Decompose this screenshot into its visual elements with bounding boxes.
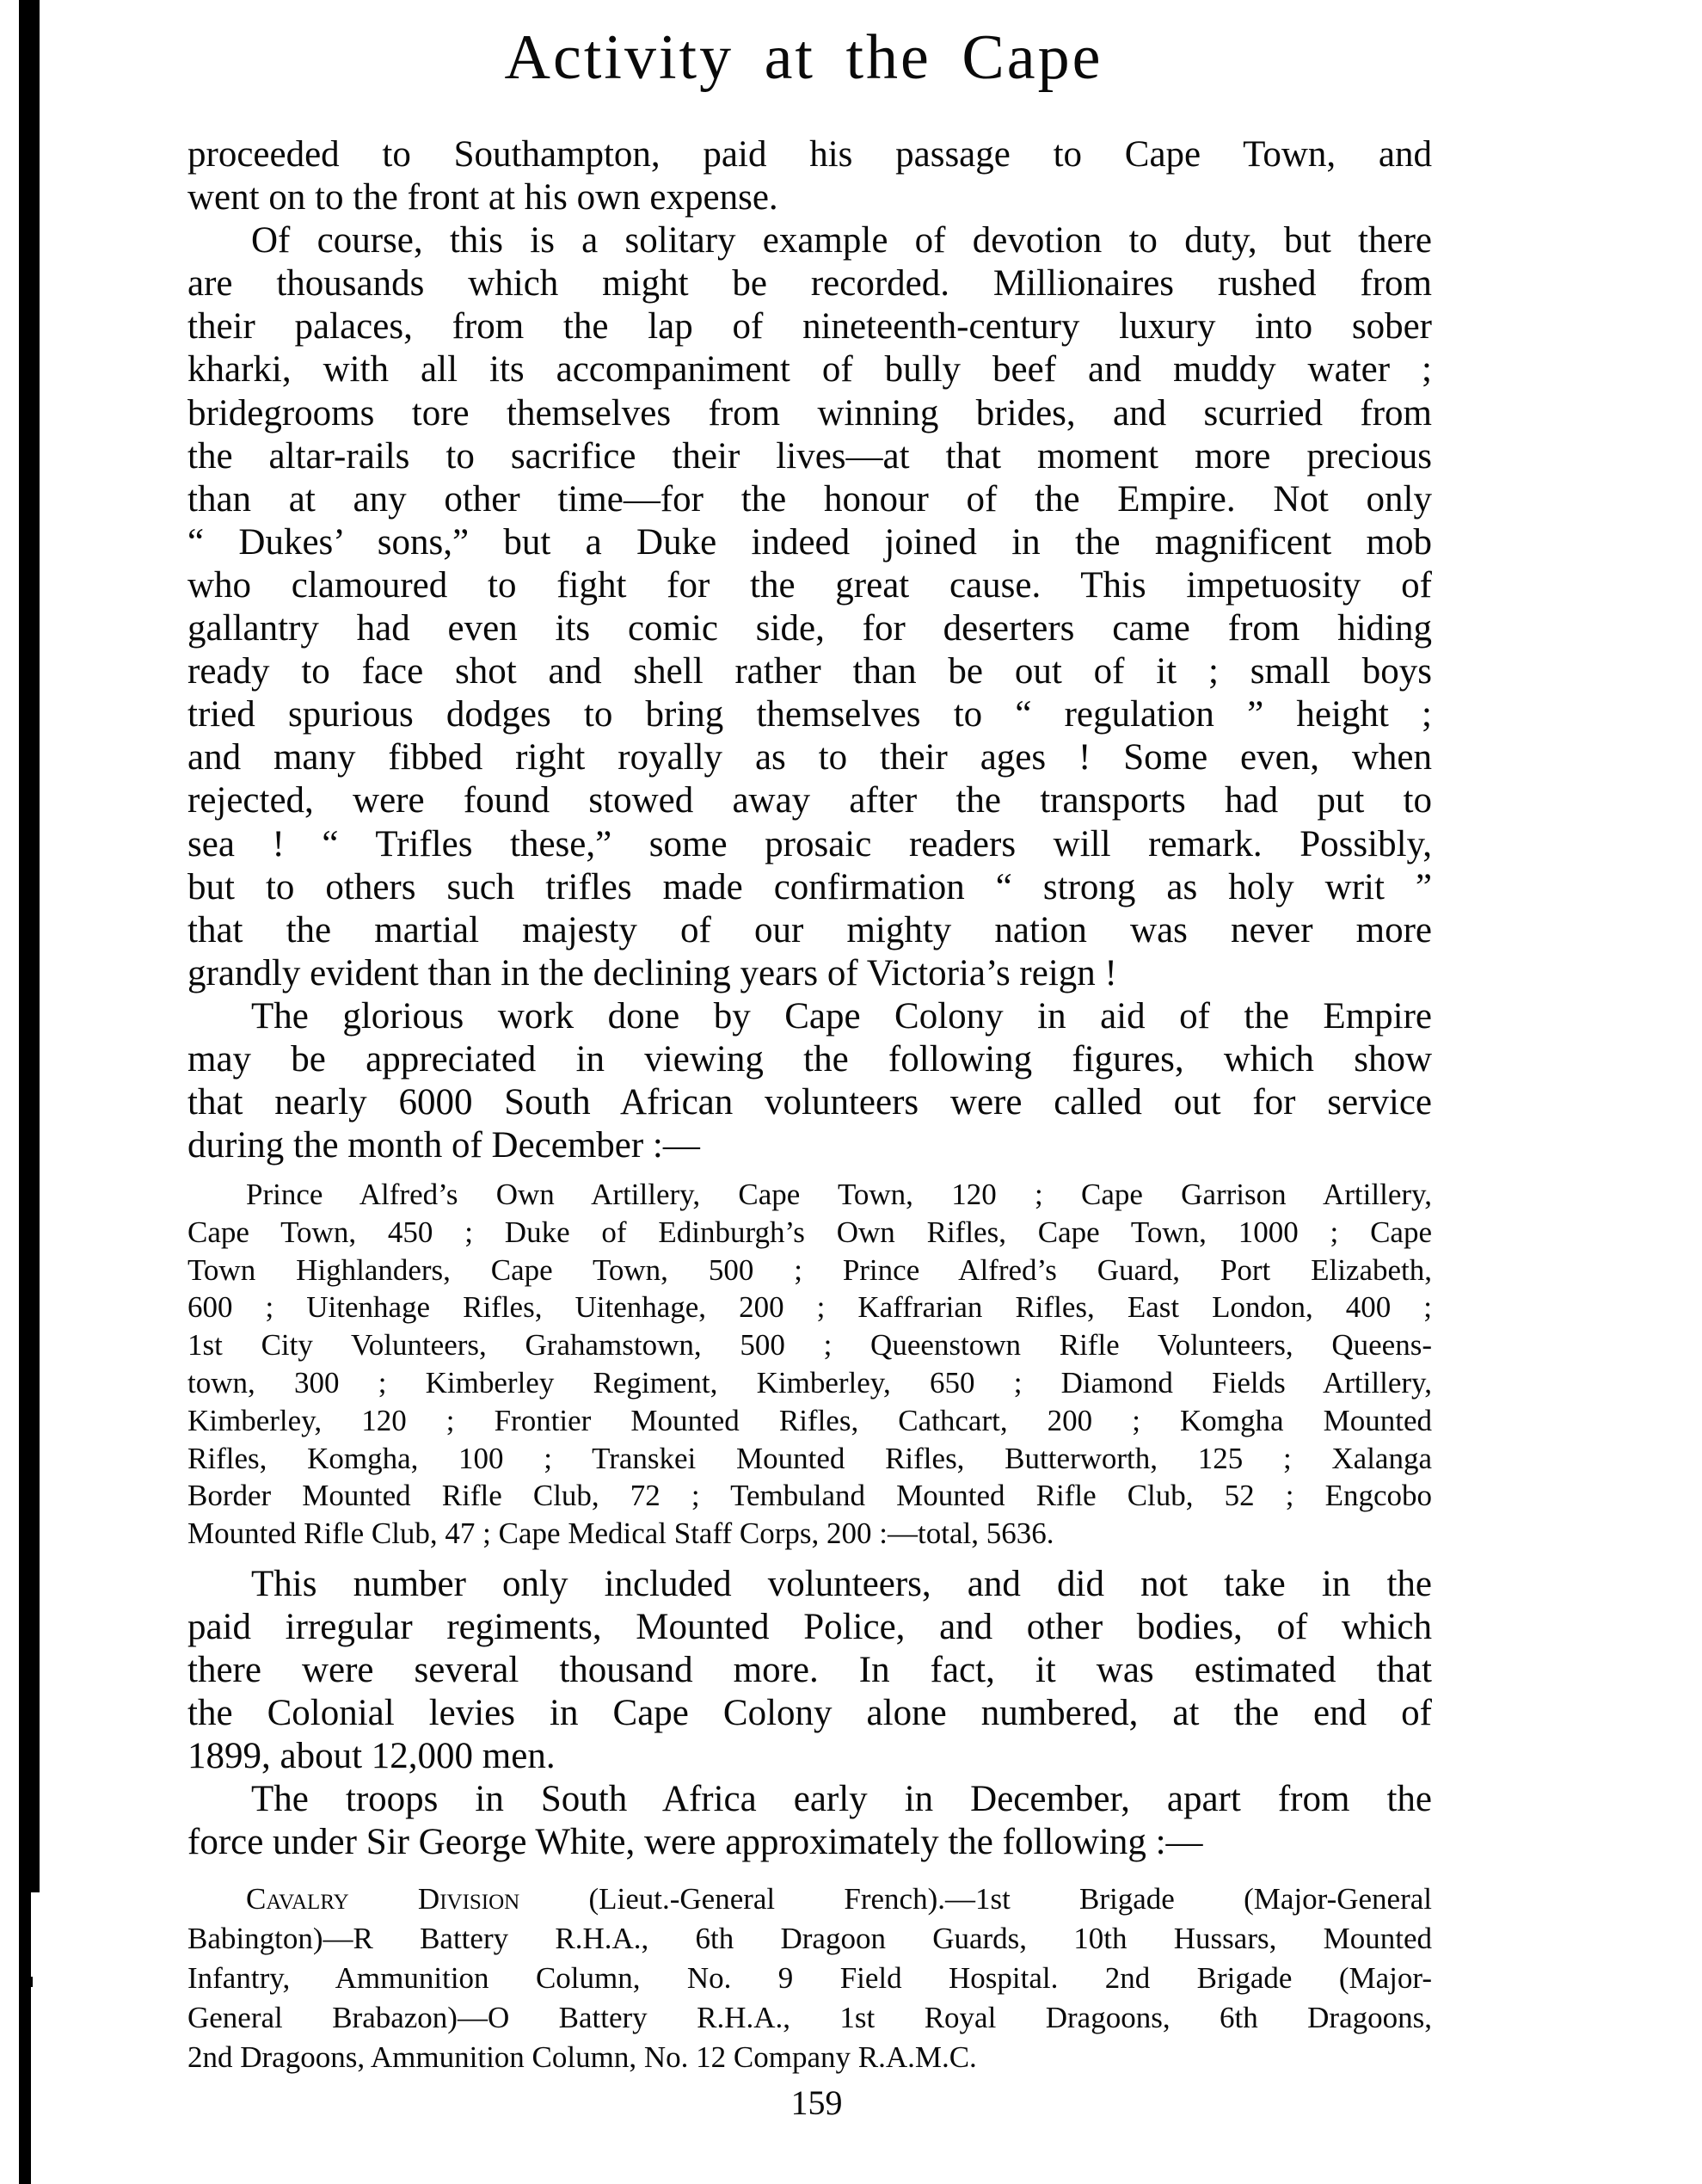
text-line: but to others such trifles made confirma… <box>187 866 1432 909</box>
text-line: The glorious work done by Cape Colony in… <box>187 995 1432 1038</box>
text-line: 1st City Volunteers, Grahamstown, 500 ; … <box>187 1326 1432 1364</box>
text-line: paid irregular regiments, Mounted Police… <box>187 1606 1432 1649</box>
text-line: 600 ; Uitenhage Rifles, Uitenhage, 200 ;… <box>187 1289 1432 1326</box>
text-line: the altar-rails to sacrifice their lives… <box>187 435 1432 478</box>
running-title: Activity at the Cape <box>0 19 1702 96</box>
text-line: Of course, this is a solitary example of… <box>187 219 1432 262</box>
cavalry-heading: Cavalry Division <box>246 1882 519 1916</box>
text-line: Prince Alfred’s Own Artillery, Cape Town… <box>187 1176 1432 1214</box>
page-number-text: 159 <box>791 2082 843 2125</box>
text-line: sea ! “ Trifles these,” some prosaic rea… <box>187 823 1432 866</box>
text-line: went on to the front at his own expense. <box>187 176 1432 219</box>
text-line: Kimberley, 120 ; Frontier Mounted Rifles… <box>187 1402 1432 1440</box>
text-line: Town Highlanders, Cape Town, 500 ; Princ… <box>187 1252 1432 1289</box>
text-line: Babington)—R Battery R.H.A., 6th Dragoon… <box>187 1919 1432 1959</box>
text-line: Cape Town, 450 ; Duke of Edinburgh’s Own… <box>187 1214 1432 1252</box>
text-line: ready to face shot and shell rather than… <box>187 650 1432 693</box>
running-title-text: Activity at the Cape <box>505 19 1103 96</box>
text-line: may be appreciated in viewing the follow… <box>187 1038 1432 1081</box>
text-line: Rifles, Komgha, 100 ; Transkei Mounted R… <box>187 1440 1432 1478</box>
text-line: the Colonial levies in Cape Colony alone… <box>187 1692 1432 1735</box>
text-line: are thousands which might be recorded. M… <box>187 262 1432 305</box>
cavalry-division-list: Cavalry Division (Lieut.-General French)… <box>187 1879 1432 2077</box>
scan-speck <box>29 1977 33 1987</box>
paragraph-troops-intro: The troops in South Africa early in Dece… <box>187 1778 1432 1864</box>
text-line: Infantry, Ammunition Column, No. 9 Field… <box>187 1959 1432 1998</box>
text-line: rejected, were found stowed away after t… <box>187 779 1432 822</box>
text-line: Border Mounted Rifle Club, 72 ; Tembulan… <box>187 1477 1432 1515</box>
volunteer-list: Prince Alfred’s Own Artillery, Cape Town… <box>187 1176 1432 1553</box>
text-line: 2nd Dragoons, Ammunition Column, No. 12 … <box>187 2038 1432 2077</box>
page-number: 159 <box>0 2082 1702 2125</box>
text-line: that the martial majesty of our mighty n… <box>187 909 1432 952</box>
text-line: proceeded to Southampton, paid his passa… <box>187 133 1432 176</box>
text-line: town, 300 ; Kimberley Regiment, Kimberle… <box>187 1364 1432 1402</box>
text-line: than at any other time—for the honour of… <box>187 478 1432 521</box>
paragraph-levies: This number only included volunteers, an… <box>187 1563 1432 1778</box>
text-line: and many fibbed right royally as to thei… <box>187 736 1432 779</box>
text-line: their palaces, from the lap of nineteent… <box>187 305 1432 348</box>
scan-left-edge <box>19 0 31 2184</box>
text-line: kharki, with all its accompaniment of bu… <box>187 348 1432 391</box>
text-line: Mounted Rifle Club, 47 ; Cape Medical St… <box>187 1515 1432 1553</box>
paragraph-devotion: Of course, this is a solitary example of… <box>187 219 1432 995</box>
text-line: “ Dukes’ sons,” but a Duke indeed joined… <box>187 521 1432 564</box>
text-line: force under Sir George White, were appro… <box>187 1821 1432 1864</box>
text-line: grandly evident than in the declining ye… <box>187 952 1432 995</box>
text-line: who clamoured to fight for the great cau… <box>187 564 1432 607</box>
scan-left-edge-shadow <box>31 0 40 1892</box>
paragraph-intro: proceeded to Southampton, paid his passa… <box>187 133 1432 219</box>
text-line-rest: (Lieut.-General French).—1st Brigade (Ma… <box>519 1882 1432 1916</box>
text-line: bridegrooms tore themselves from winning… <box>187 392 1432 435</box>
text-line: gallantry had even its comic side, for d… <box>187 607 1432 650</box>
text-line: Cavalry Division (Lieut.-General French)… <box>187 1879 1432 1919</box>
text-line: during the month of December :— <box>187 1124 1432 1167</box>
text-line: This number only included volunteers, an… <box>187 1563 1432 1606</box>
text-line: that nearly 6000 South African volunteer… <box>187 1081 1432 1124</box>
text-line: there were several thousand more. In fac… <box>187 1649 1432 1692</box>
text-line: The troops in South Africa early in Dece… <box>187 1778 1432 1821</box>
text-line: General Brabazon)—O Battery R.H.A., 1st … <box>187 1998 1432 2038</box>
paragraph-figures-intro: The glorious work done by Cape Colony in… <box>187 995 1432 1167</box>
text-line: tried spurious dodges to bring themselve… <box>187 693 1432 736</box>
text-line: 1899, about 12,000 men. <box>187 1735 1432 1778</box>
